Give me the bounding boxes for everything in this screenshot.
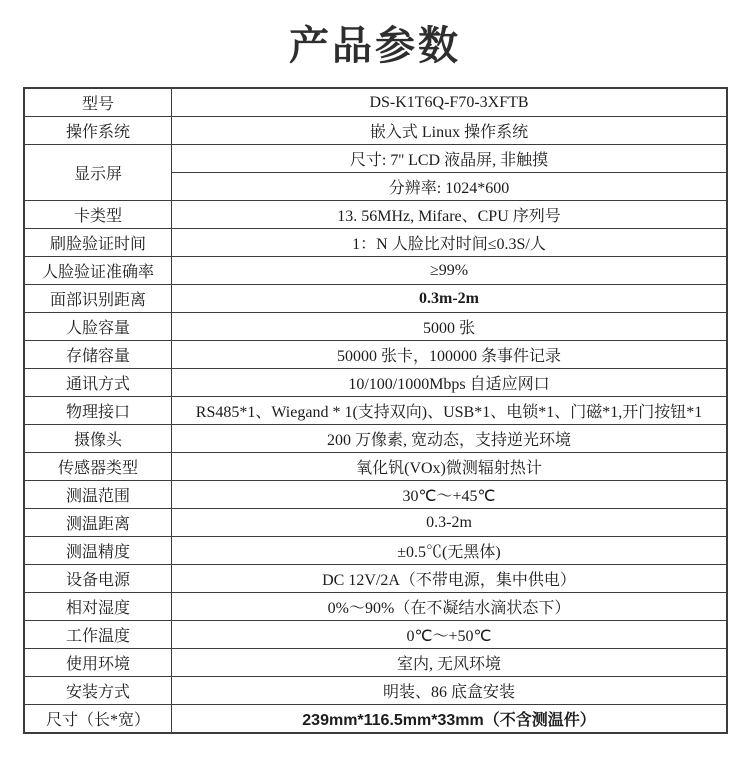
table-row: 操作系统 嵌入式 Linux 操作系统 — [24, 117, 727, 145]
page-title: 产品参数 — [0, 14, 750, 71]
table-row: 安装方式 明装、86 底盒安装 — [24, 677, 727, 705]
spec-label-recognition-distance: 面部识别距离 — [24, 285, 172, 313]
table-row: 工作温度 0℃～+50℃ — [24, 621, 727, 649]
table-row: 显示屏 尺寸: 7'' LCD 液晶屏, 非触摸 — [24, 145, 727, 173]
spec-value-sensor-type: 氧化钒(VOx)微测辐射热计 — [172, 453, 728, 481]
spec-label-display: 显示屏 — [24, 145, 172, 201]
spec-value-dimensions: 239mm*116.5mm*33mm（不含测温件） — [172, 705, 728, 734]
spec-label-working-temp: 工作温度 — [24, 621, 172, 649]
spec-value-os: 嵌入式 Linux 操作系统 — [172, 117, 728, 145]
spec-value-recognition-distance: 0.3m-2m — [172, 285, 728, 313]
spec-label-installation: 安装方式 — [24, 677, 172, 705]
table-row: 尺寸（长*宽） 239mm*116.5mm*33mm（不含测温件） — [24, 705, 727, 734]
spec-value-humidity: 0%～90%（在不凝结水滴状态下） — [172, 593, 728, 621]
spec-value-temp-range: 30℃～+45℃ — [172, 481, 728, 509]
table-row: 物理接口 RS485*1、Wiegand * 1(支持双向)、USB*1、电锁*… — [24, 397, 727, 425]
spec-value-face-capacity: 5000 张 — [172, 313, 728, 341]
spec-label-os: 操作系统 — [24, 117, 172, 145]
table-row: 测温精度 ±0.5℃(无黑体) — [24, 537, 727, 565]
spec-value-face-accuracy: ≥99% — [172, 257, 728, 285]
table-row: 相对湿度 0%～90%（在不凝结水滴状态下） — [24, 593, 727, 621]
spec-value-temp-distance: 0.3-2m — [172, 509, 728, 537]
spec-label-face-accuracy: 人脸验证准确率 — [24, 257, 172, 285]
spec-label-temp-accuracy: 测温精度 — [24, 537, 172, 565]
table-row: 存储容量 50000 张卡，100000 条事件记录 — [24, 341, 727, 369]
table-row: 刷脸验证时间 1：N 人脸比对时间≤0.3S/人 — [24, 229, 727, 257]
spec-value-power: DC 12V/2A（不带电源，集中供电） — [172, 565, 728, 593]
spec-value-display-size: 尺寸: 7'' LCD 液晶屏, 非触摸 — [172, 145, 728, 173]
table-row: 面部识别距离 0.3m-2m — [24, 285, 727, 313]
spec-value-environment: 室内, 无风环境 — [172, 649, 728, 677]
spec-label-face-verify-time: 刷脸验证时间 — [24, 229, 172, 257]
spec-table: 型号 DS-K1T6Q-F70-3XFTB 操作系统 嵌入式 Linux 操作系… — [23, 87, 728, 734]
table-row: 测温距离 0.3-2m — [24, 509, 727, 537]
spec-label-sensor-type: 传感器类型 — [24, 453, 172, 481]
table-row: 使用环境 室内, 无风环境 — [24, 649, 727, 677]
product-spec-page: 产品参数 型号 DS-K1T6Q-F70-3XFTB 操作系统 嵌入式 Linu… — [0, 0, 750, 763]
spec-value-temp-accuracy: ±0.5℃(无黑体) — [172, 537, 728, 565]
table-row: 人脸容量 5000 张 — [24, 313, 727, 341]
spec-label-storage: 存储容量 — [24, 341, 172, 369]
spec-label-dimensions: 尺寸（长*宽） — [24, 705, 172, 734]
spec-label-face-capacity: 人脸容量 — [24, 313, 172, 341]
spec-value-model: DS-K1T6Q-F70-3XFTB — [172, 88, 728, 117]
spec-value-storage: 50000 张卡，100000 条事件记录 — [172, 341, 728, 369]
table-row: 通讯方式 10/100/1000Mbps 自适应网口 — [24, 369, 727, 397]
spec-label-communication: 通讯方式 — [24, 369, 172, 397]
spec-value-face-verify-time: 1：N 人脸比对时间≤0.3S/人 — [172, 229, 728, 257]
spec-label-camera: 摄像头 — [24, 425, 172, 453]
spec-value-display-resolution: 分辨率: 1024*600 — [172, 173, 728, 201]
spec-label-card-type: 卡类型 — [24, 201, 172, 229]
spec-label-power: 设备电源 — [24, 565, 172, 593]
spec-label-temp-range: 测温范围 — [24, 481, 172, 509]
table-row: 人脸验证准确率 ≥99% — [24, 257, 727, 285]
spec-value-installation: 明装、86 底盒安装 — [172, 677, 728, 705]
spec-value-card-type: 13. 56MHz, Mifare、CPU 序列号 — [172, 201, 728, 229]
table-row: 设备电源 DC 12V/2A（不带电源，集中供电） — [24, 565, 727, 593]
spec-value-camera: 200 万像素, 宽动态，支持逆光环境 — [172, 425, 728, 453]
spec-label-model: 型号 — [24, 88, 172, 117]
table-row: 传感器类型 氧化钒(VOx)微测辐射热计 — [24, 453, 727, 481]
table-row: 型号 DS-K1T6Q-F70-3XFTB — [24, 88, 727, 117]
spec-label-temp-distance: 测温距离 — [24, 509, 172, 537]
spec-value-physical-interface: RS485*1、Wiegand * 1(支持双向)、USB*1、电锁*1、门磁*… — [172, 397, 728, 425]
table-row: 摄像头 200 万像素, 宽动态，支持逆光环境 — [24, 425, 727, 453]
spec-label-humidity: 相对湿度 — [24, 593, 172, 621]
spec-value-communication: 10/100/1000Mbps 自适应网口 — [172, 369, 728, 397]
table-row: 测温范围 30℃～+45℃ — [24, 481, 727, 509]
spec-label-environment: 使用环境 — [24, 649, 172, 677]
table-row: 卡类型 13. 56MHz, Mifare、CPU 序列号 — [24, 201, 727, 229]
spec-label-physical-interface: 物理接口 — [24, 397, 172, 425]
spec-value-working-temp: 0℃～+50℃ — [172, 621, 728, 649]
